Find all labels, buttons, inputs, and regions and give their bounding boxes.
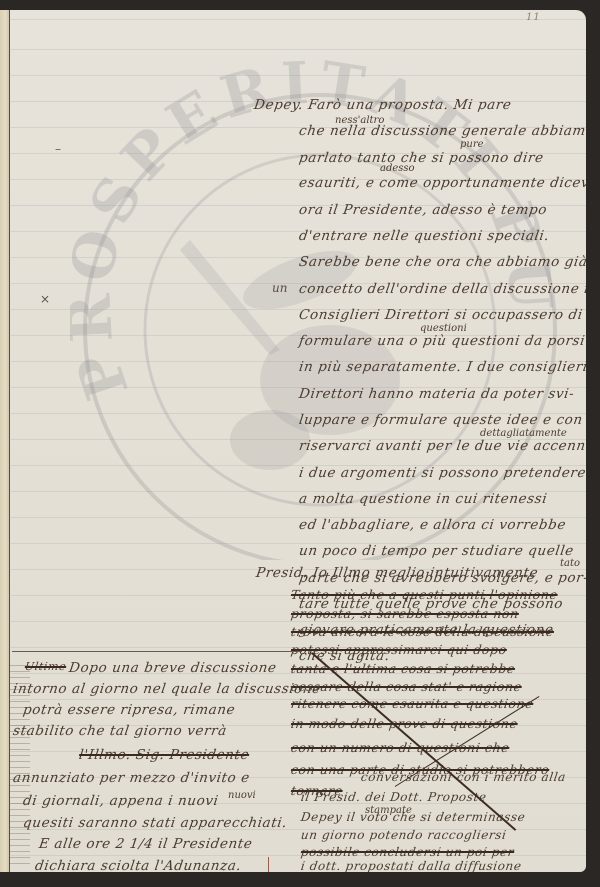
- text-line: stabilito che tal giorno verrà: [12, 723, 228, 739]
- text-line: quesiti saranno stati apparecchiati.: [22, 815, 288, 831]
- text-line: potrà essere ripresa, rimane: [22, 702, 236, 718]
- struck-line: Tanto più che a questi punti l'opinione: [290, 587, 559, 602]
- red-pencil-mark: [268, 857, 269, 872]
- margin-note: un: [272, 281, 287, 295]
- text-line: parlato tanto che si possono dire: [298, 150, 545, 166]
- text-line: Consiglieri Direttori si occupassero di: [298, 307, 584, 323]
- insertion-text: adesso: [380, 163, 415, 174]
- struck-line: ritenere come esaurita e questione: [290, 696, 534, 711]
- struck-word: Ultime: [24, 660, 67, 673]
- revision-line: conversazioni con i merito alla: [360, 770, 567, 784]
- text-line: ora il Presidente, adesso è tempo: [298, 202, 548, 218]
- margin-scribble: [10, 665, 30, 865]
- text-line: Dopo una breve discussione: [68, 660, 278, 676]
- text-line: esauriti, e come opportunamente diceva: [298, 175, 586, 191]
- text-line: i due argomenti si possono pretendere: [298, 465, 586, 481]
- folio-number: 11: [526, 12, 541, 23]
- margin-mark: –: [55, 142, 61, 156]
- struck-line: potessi approssimarci qui dopo: [290, 642, 508, 657]
- struck-line: trova ancora le cose della discussione: [290, 624, 555, 639]
- text-line: annunziato per mezzo d'invito e: [12, 770, 251, 786]
- closing-line: dichiara sciolta l'Adunanza.: [34, 858, 242, 872]
- text-line: E alle ore 2 1/4 il Presidente: [38, 836, 254, 852]
- text-line: intorno al giorno nel quale la discussio…: [12, 681, 322, 697]
- struck-line: proposta, si sarebbe esposta non: [290, 606, 520, 621]
- revision-line: Depey il voto che si determinasse: [300, 810, 526, 824]
- margin-mark: ×: [40, 292, 50, 306]
- struck-line: l'Illmo. Sig. Presidente: [78, 747, 250, 763]
- text-line: d'entrare nelle questioni speciali.: [298, 228, 550, 244]
- insertion-text: tato: [560, 558, 580, 569]
- text-line: di giornali, appena i nuovi: [22, 793, 220, 809]
- text-line: in più separatamente. I due consiglieri: [298, 359, 586, 375]
- text-line: a molta questione in cui ritenessi: [298, 491, 548, 507]
- text-line: Direttori hanno materia da poter svi-: [298, 386, 575, 402]
- insertion-text: nuovi: [228, 790, 256, 801]
- text-line: concetto dell'ordine della discussione i: [298, 281, 586, 297]
- text-line: che nella discussione generale abbiamo: [298, 123, 586, 139]
- text-line: Depey. Farò una proposta. Mi pare: [253, 97, 513, 113]
- revision-line: i dott. propostati dalla diffusione: [300, 859, 523, 872]
- struck-line: con un numero di questioni che: [290, 740, 510, 755]
- text-line: formulare una o più questioni da porsi: [298, 333, 586, 349]
- text-line: luppare e formulare queste idee e con: [298, 412, 584, 428]
- struck-line: cessare della cosa stat' e ragione: [290, 679, 523, 694]
- text-line: Sarebbe bene che ora che abbiamo già: [298, 254, 586, 270]
- text-line: riservarci avanti per le due vie accenna…: [298, 438, 586, 454]
- revision-line: un giorno potendo raccogliersi: [300, 828, 508, 842]
- text-line: ed l'abbagliare, e allora ci vorrebbe: [298, 517, 567, 533]
- section-divider: [12, 651, 302, 652]
- insertion-text: pure: [460, 139, 484, 150]
- text-line: un poco di tempo per studiare quelle: [298, 543, 575, 559]
- revision-line: possibile concludersi un poi per: [300, 845, 515, 859]
- revision-line: il Presid. dei Dott. Proposte: [300, 790, 488, 804]
- manuscript-page: PROSPERITATI PUBLICAE 11 Depey. Farò una…: [0, 10, 586, 872]
- speaker-line: Presid. Io Illmo meglio intuitivamente: [255, 565, 539, 581]
